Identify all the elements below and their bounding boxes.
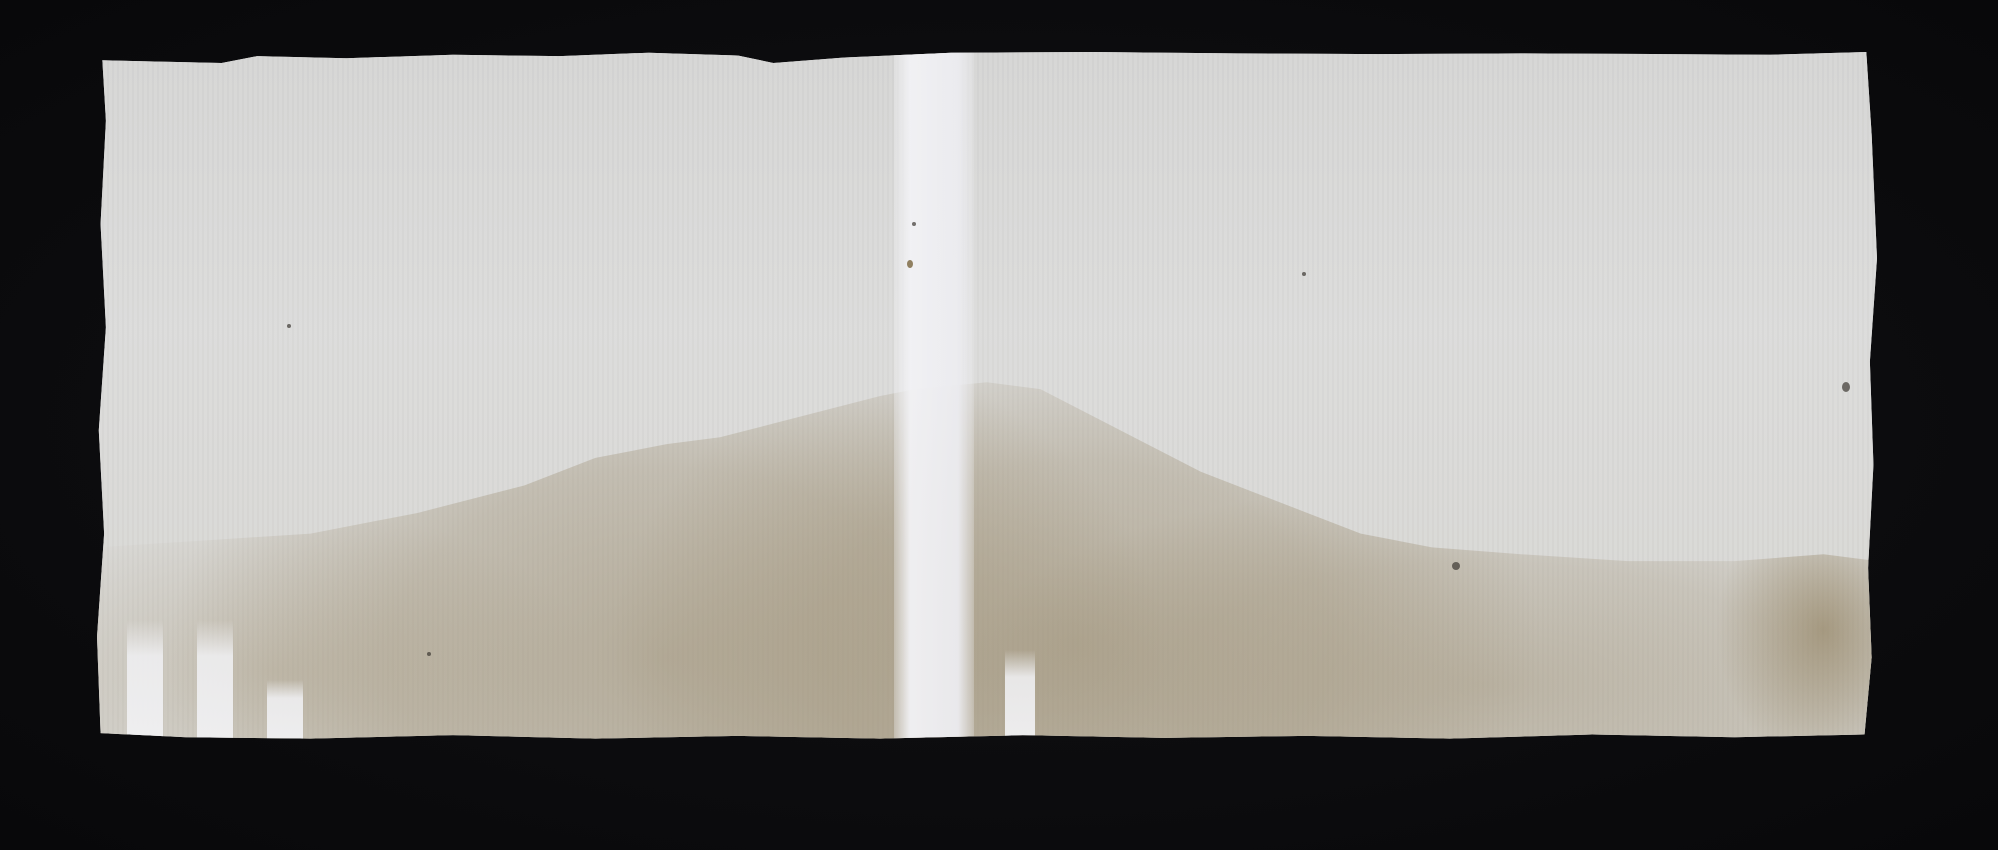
repair-tab bbox=[1005, 650, 1035, 740]
ink-speck bbox=[907, 260, 913, 268]
ink-speck bbox=[912, 222, 916, 226]
ink-speck bbox=[287, 324, 291, 328]
repair-tab bbox=[267, 680, 303, 740]
repair-tab bbox=[127, 620, 163, 740]
repair-tab bbox=[197, 620, 233, 740]
central-repair-strip bbox=[894, 52, 974, 740]
ink-speck bbox=[1842, 382, 1850, 392]
black-background bbox=[0, 0, 1998, 850]
ink-speck bbox=[1302, 272, 1306, 276]
ink-speck bbox=[427, 652, 431, 656]
ink-speck bbox=[1452, 562, 1460, 570]
paper-fragment bbox=[97, 52, 1877, 740]
